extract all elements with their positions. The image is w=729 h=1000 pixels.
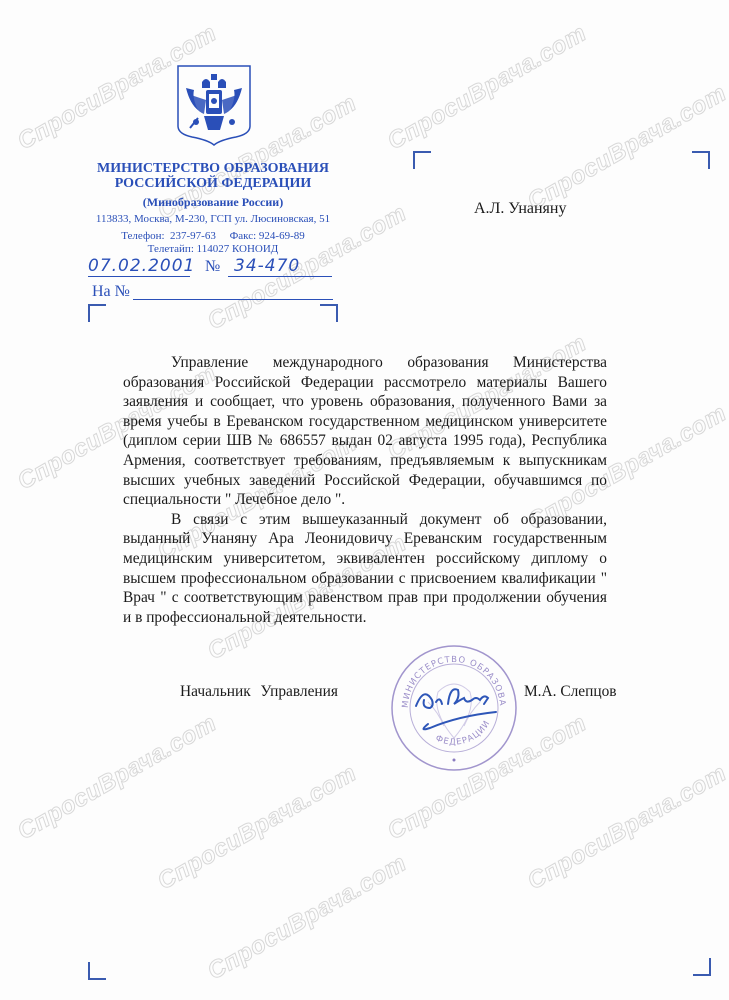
document-date: 07.02.2001 <box>88 256 190 277</box>
corner-mark <box>693 958 711 976</box>
watermark: СпросиВрача.com <box>153 760 362 897</box>
corner-mark <box>413 151 431 169</box>
watermark: СпросиВрача.com <box>13 710 222 847</box>
ministry-short-name: (Минобразование России) <box>82 195 344 210</box>
reply-to-label: На № <box>92 283 130 301</box>
body-paragraph-2: В связи с этим вышеуказанный документ об… <box>123 510 607 628</box>
watermark: СпросиВрача.com <box>523 80 729 217</box>
svg-text:МИНИСТЕРСТВО ОБРАЗОВАНИЯ РОССИ: МИНИСТЕРСТВО ОБРАЗОВАНИЯ РОССИЙСКОЙ <box>388 642 507 708</box>
ministry-name-line2: РОССИЙСКОЙ ФЕДЕРАЦИИ <box>82 176 344 192</box>
signatory-position: Начальник Управления <box>180 683 338 701</box>
document-number: 34-470 <box>228 256 332 277</box>
watermark: СпросиВрача.com <box>523 760 729 897</box>
russian-coat-of-arms-icon <box>176 64 252 146</box>
recipient-name: А.Л. Унаняну <box>474 200 566 218</box>
official-stamp-icon: МИНИСТЕРСТВО ОБРАЗОВАНИЯ РОССИЙСКОЙ ФЕДЕ… <box>388 642 520 774</box>
signatory-name: М.А. Слепцов <box>524 683 617 701</box>
ministry-address: 113833, Москва, М-230, ГСП ул. Люсиновск… <box>82 212 344 226</box>
corner-mark <box>692 151 710 169</box>
corner-mark <box>88 962 106 980</box>
corner-mark <box>320 304 338 322</box>
letter-body: Управление международного образования Ми… <box>123 353 607 627</box>
watermark: СпросиВрача.com <box>203 850 412 987</box>
ministry-phone-fax: Телефон: 237-97-63 Факс: 924-69-89 <box>82 229 344 243</box>
ministry-teletype: Телетайп: 114027 КОНОИД <box>82 242 344 256</box>
body-paragraph-1: Управление международного образования Ми… <box>123 353 607 510</box>
watermark: СпросиВрача.com <box>383 20 592 157</box>
corner-mark <box>88 304 106 322</box>
number-sign: № <box>205 258 220 276</box>
ministry-name-line1: МИНИСТЕРСТВО ОБРАЗОВАНИЯ <box>82 161 344 177</box>
reply-to-number-line <box>133 299 333 300</box>
